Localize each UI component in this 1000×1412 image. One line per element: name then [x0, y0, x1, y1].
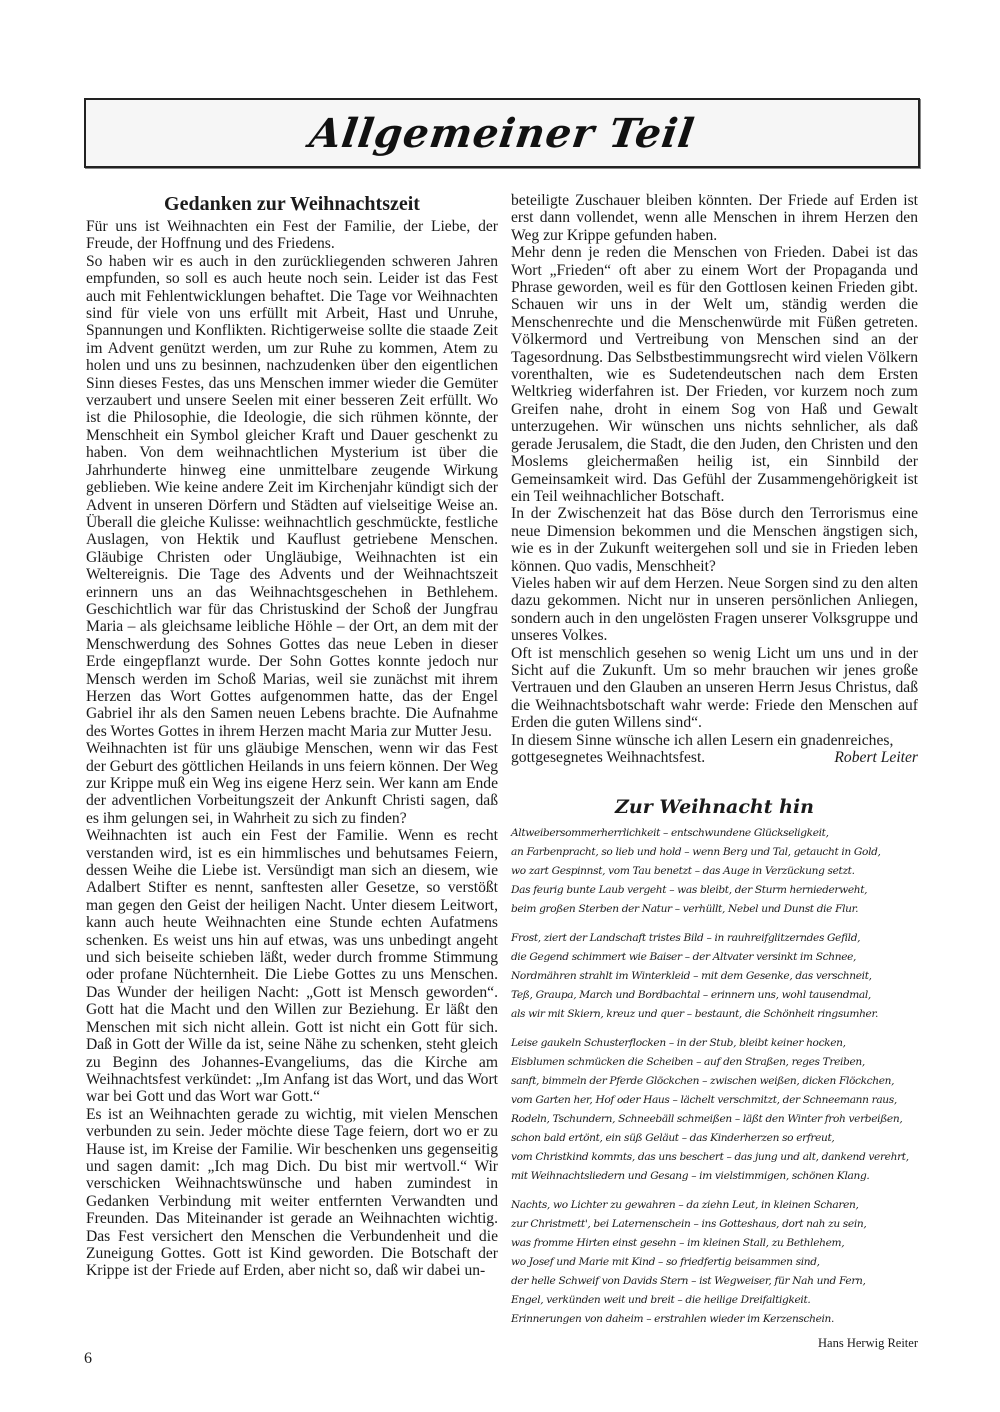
- poem-line: an Farbenpracht, so lieb und hold – wenn…: [511, 843, 918, 862]
- poem-line: Engel, verkünden weit und breit – die he…: [511, 1291, 918, 1310]
- article-paragraph: Weihnachten ist für uns gläubige Mensche…: [86, 740, 498, 827]
- document-page: Allgemeiner Teil Gedanken zur Weihnachts…: [0, 0, 1000, 1412]
- poem-line: vom Christkind kommts, das uns beschert …: [511, 1148, 918, 1167]
- poem-title: Zur Weihnacht hin: [511, 794, 918, 820]
- poem-line: Frost, ziert der Landschaft tristes Bild…: [511, 929, 918, 948]
- article-paragraph: Vieles haben wir auf dem Herzen. Neue So…: [511, 575, 918, 645]
- article-paragraph: Mehr denn je reden die Menschen von Frie…: [511, 244, 918, 505]
- poem-line: als wir mit Skiern, kreuz und quer – bes…: [511, 1005, 918, 1024]
- poem-line: schon bald ertönt, ein süß Geläut – das …: [511, 1129, 918, 1148]
- poem-line: Nachts, wo Lichter zu gewahren – da zieh…: [511, 1196, 918, 1215]
- poem-line: Teß, Graupa, March und Bordbachtal – eri…: [511, 986, 918, 1005]
- poem-stanza: Nachts, wo Lichter zu gewahren – da zieh…: [511, 1196, 918, 1329]
- poem-line: Altweibersommerherrlichkeit – entschwund…: [511, 824, 918, 843]
- article-author: Robert Leiter: [834, 749, 918, 766]
- poem-stanza: Altweibersommerherrlichkeit – entschwund…: [511, 824, 918, 919]
- article-paragraph: Oft ist menschlich gesehen so wenig Lich…: [511, 645, 918, 732]
- poem-line: der helle Schweif von Davids Stern – ist…: [511, 1272, 918, 1291]
- section-header-box: Allgemeiner Teil: [84, 98, 920, 168]
- page-number: 6: [84, 1350, 92, 1368]
- closing-line: gottgesegnetes Weihnachtsfest. Robert Le…: [511, 749, 918, 766]
- poem-line: zur Christmett', bei Laternenschein – in…: [511, 1215, 918, 1234]
- left-column: Gedanken zur Weihnachtszeit Für uns ist …: [86, 192, 498, 1280]
- poem-line: mit Weihnachtsliedern und Gesang – im vi…: [511, 1167, 918, 1186]
- right-column: beteiligte Zuschauer bleiben könnten. De…: [511, 192, 918, 1353]
- poem-line: Erinnerungen von daheim – erstrahlen wie…: [511, 1310, 918, 1329]
- closing-text: gottgesegnetes Weihnachtsfest.: [511, 749, 705, 766]
- article-paragraph: Weihnachten ist auch ein Fest der Famili…: [86, 827, 498, 1106]
- poem-line: die Gegend schimmert wie Baiser – der Al…: [511, 948, 918, 967]
- article-paragraph: So haben wir es auch in den zurückliegen…: [86, 253, 498, 740]
- poem-stanza: Frost, ziert der Landschaft tristes Bild…: [511, 929, 918, 1024]
- poem-author: Hans Herwig Reiter: [511, 1335, 918, 1352]
- article-paragraph: Für uns ist Weihnachten ein Fest der Fam…: [86, 218, 498, 253]
- poem-stanza: Leise gaukeln Schusterflocken – in der S…: [511, 1034, 918, 1186]
- article-paragraph: In der Zwischenzeit hat das Böse durch d…: [511, 505, 918, 575]
- article-title: Gedanken zur Weihnachtszeit: [86, 192, 498, 216]
- poem-line: sanft, bimmeln der Pferde Glöckchen – zw…: [511, 1072, 918, 1091]
- poem-line: wo zart Gespinnst, vom Tau benetzt – das…: [511, 862, 918, 881]
- poem-line: wo Josef und Marie mit Kind – so friedfe…: [511, 1253, 918, 1272]
- poem-line: vom Garten her, Hof oder Haus – lächelt …: [511, 1091, 918, 1110]
- poem-line: Das feurig bunte Laub vergeht – was blei…: [511, 881, 918, 900]
- poem-line: beim großen Sterben der Natur – verhüllt…: [511, 900, 918, 919]
- poem-line: Nordmähren strahlt im Winterkleid – mit …: [511, 967, 918, 986]
- poem-line: was fromme Hirten einst gesehn – im klei…: [511, 1234, 918, 1253]
- article-paragraph: beteiligte Zuschauer bleiben könnten. De…: [511, 192, 918, 244]
- article-paragraph: Es ist an Weihnachten gerade zu wichtig,…: [86, 1106, 498, 1280]
- article-paragraph: In diesem Sinne wünsche ich allen Lesern…: [511, 732, 918, 749]
- section-title: Allgemeiner Teil: [307, 110, 698, 157]
- poem-line: Rodeln, Tschundern, Schneebäll schmeißen…: [511, 1110, 918, 1129]
- poem-line: Eisblumen schmücken die Scheiben – auf d…: [511, 1053, 918, 1072]
- poem-line: Leise gaukeln Schusterflocken – in der S…: [511, 1034, 918, 1053]
